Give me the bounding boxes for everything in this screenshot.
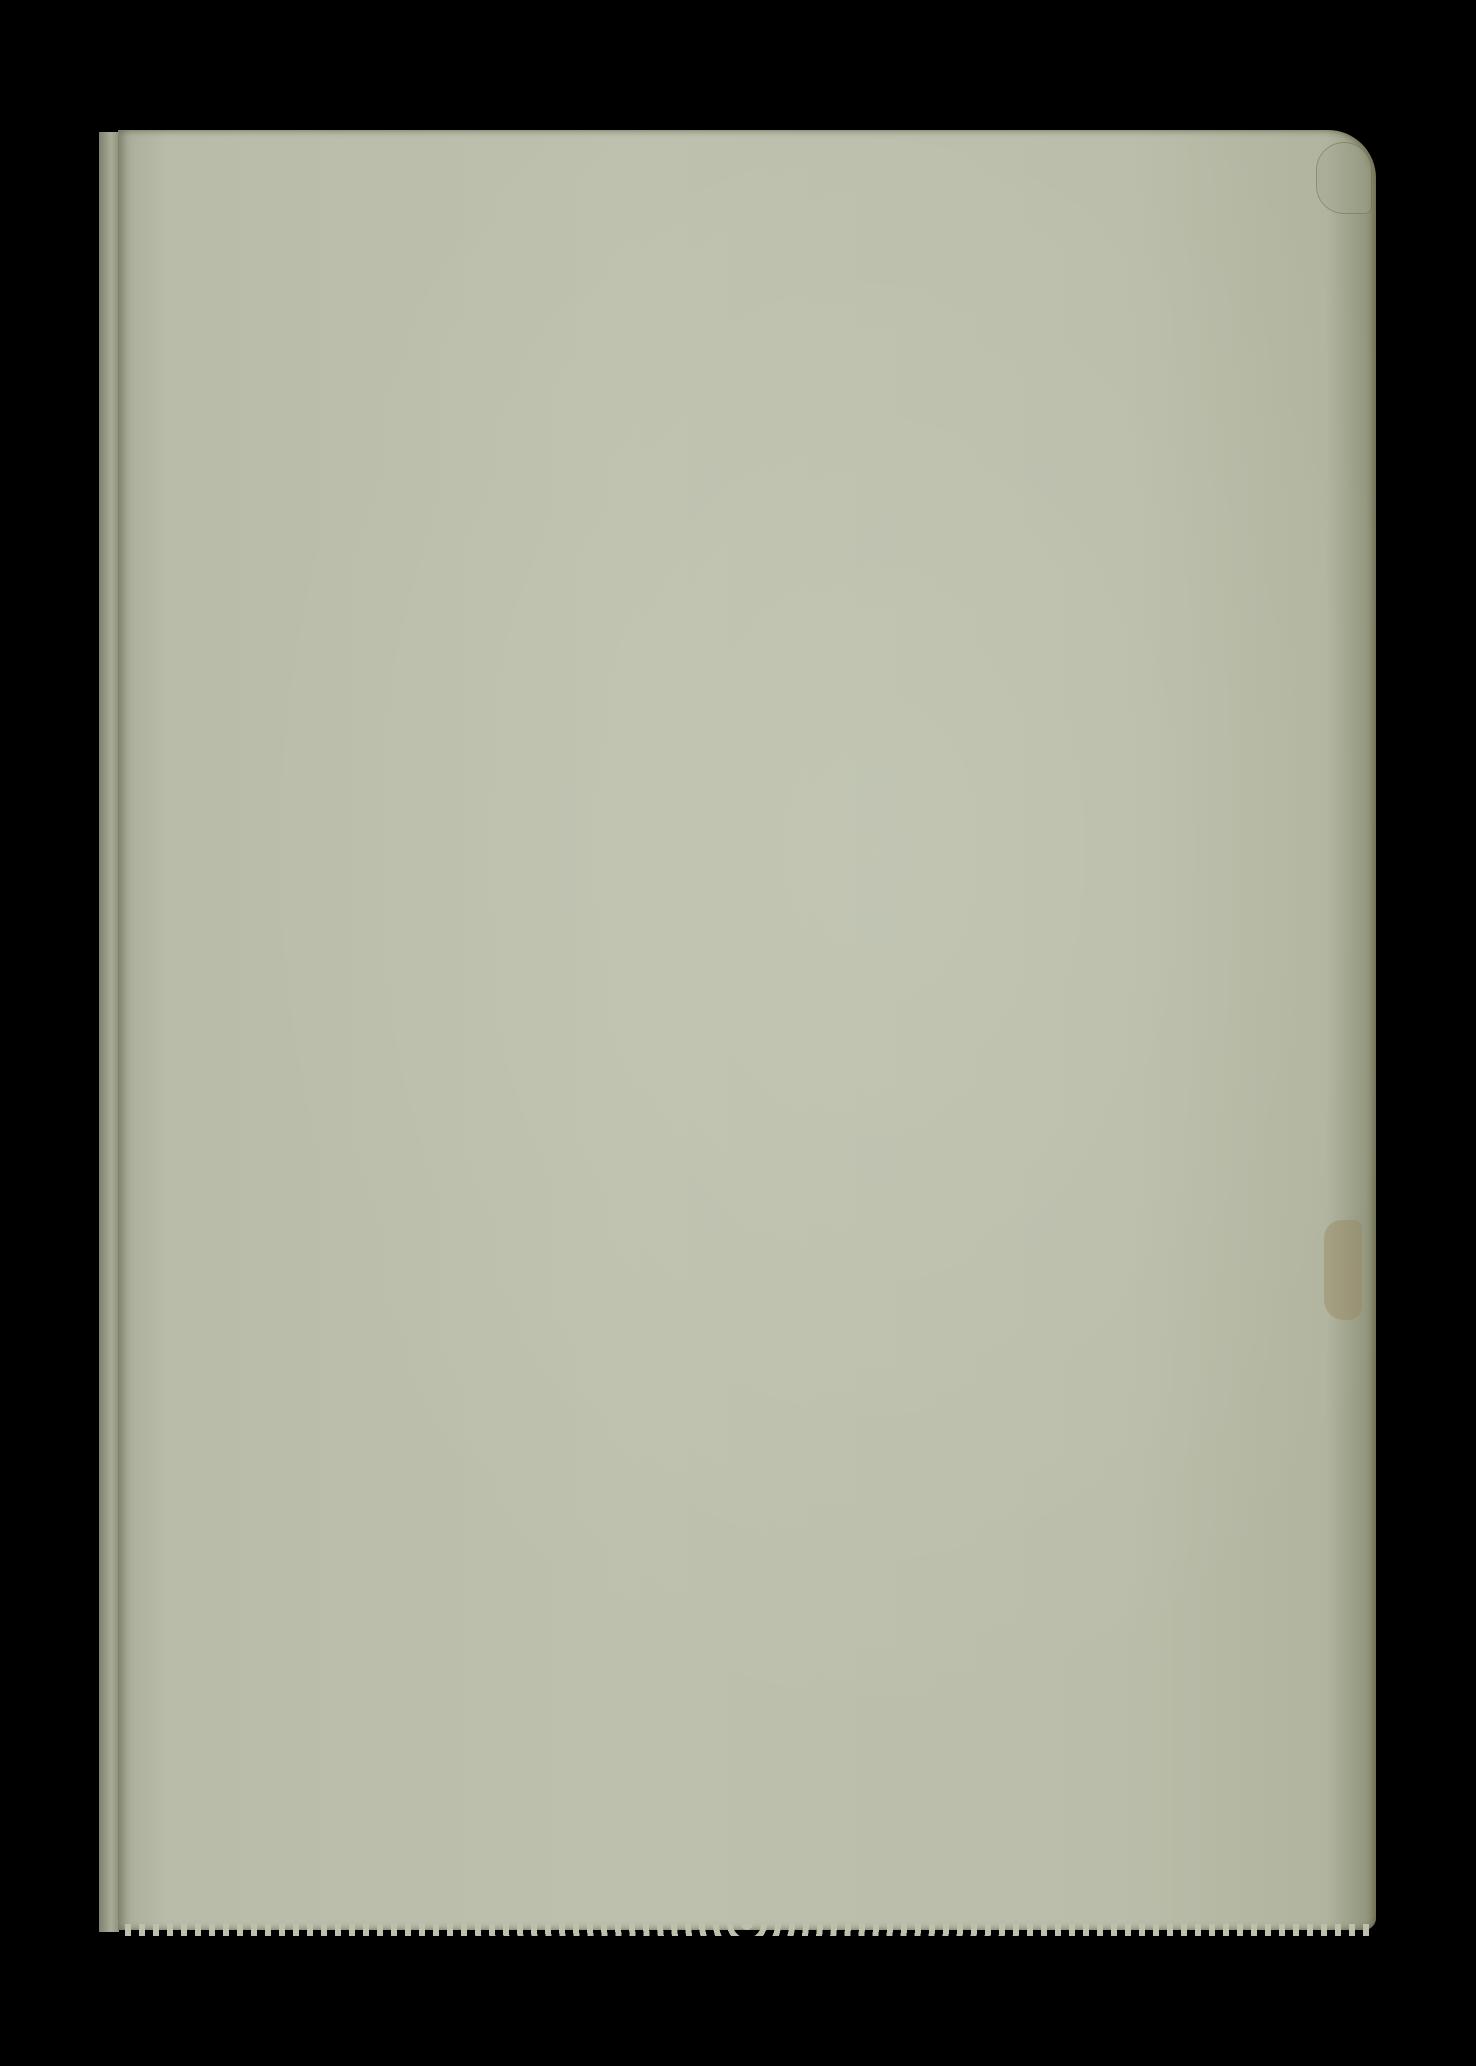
folded-corner bbox=[1316, 142, 1372, 214]
manuscript-scan: I'm stopping this output here — the HTML… bbox=[0, 0, 1476, 2066]
previous-page-edge bbox=[99, 132, 119, 1932]
manuscript-page bbox=[118, 130, 1376, 1930]
water-stain bbox=[1324, 1220, 1362, 1320]
